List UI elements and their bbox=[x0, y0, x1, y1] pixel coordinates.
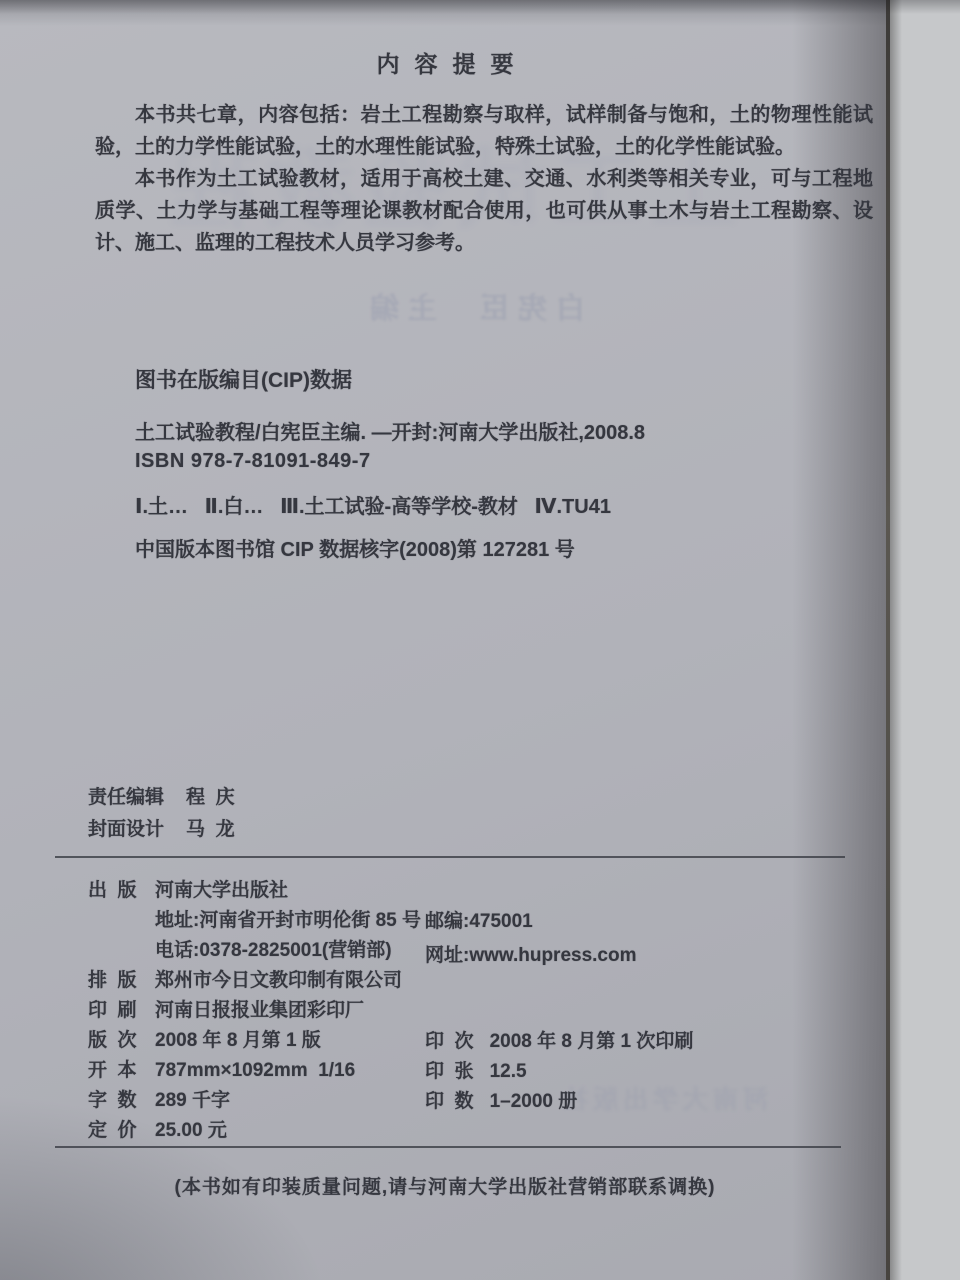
credit-label: 封面设计 bbox=[88, 819, 164, 840]
colophon-row-impression: 印 次2008 年 8 月第 1 次印刷 bbox=[425, 1026, 693, 1053]
divider-bottom bbox=[55, 1146, 841, 1148]
colophon-label: 出 版 bbox=[88, 876, 155, 906]
isbn-line: ISBN 978-7-81091-849-7 bbox=[135, 450, 371, 473]
colophon-value: 25.00 元 bbox=[155, 1120, 227, 1141]
colophon-value: 河南日报报业集团彩印厂 bbox=[155, 1000, 364, 1021]
copyright-page: 土工试验教程 白宪臣 主编 河南大学出版社 内容提要 本书共七章，内容包括：岩土… bbox=[0, 0, 890, 1280]
page-edge bbox=[890, 0, 960, 1280]
bleed-through-press: 河南大学出版社 bbox=[548, 1080, 768, 1116]
colophon-label: 印 张 bbox=[425, 1061, 474, 1082]
colophon-label: 排 版 bbox=[88, 966, 155, 996]
bleed-through-author: 白宪臣 主编 bbox=[325, 286, 585, 327]
content-summary-title: 内容提要 bbox=[0, 46, 890, 79]
colophon-row-printer: 印 刷河南日报报业集团彩印厂 bbox=[88, 996, 421, 1026]
colophon-left-column: 出 版河南大学出版社 地址:河南省开封市明伦街 85 号 电话:0378-282… bbox=[88, 876, 421, 1146]
colophon-row-wordcount: 字 数289 千字 bbox=[88, 1086, 421, 1116]
summary-paragraph-1: 本书共七章，内容包括：岩土工程勘察与取样，试样制备与饱和，土的物理性能试验，土的… bbox=[95, 99, 873, 163]
colophon-row-format: 开 本787mm×1092mm 1/16 bbox=[88, 1056, 421, 1086]
colophon-value: www.hupress.com bbox=[469, 945, 636, 966]
colophon-value: 地址:河南省开封市明伦街 85 号 bbox=[155, 910, 421, 931]
colophon-label: 邮编: bbox=[425, 911, 469, 932]
colophon-row-typesetting: 排 版郑州市今日文教印制有限公司 bbox=[88, 966, 421, 996]
colophon-row-postcode: 邮编:475001 bbox=[425, 906, 533, 933]
credit-name: 马 龙 bbox=[186, 819, 235, 840]
credit-row-editor: 责任编辑程 庆 bbox=[88, 782, 235, 814]
colophon-row-website: 网址:www.hupress.com bbox=[425, 940, 637, 967]
cip-header: 图书在版编目(CIP)数据 bbox=[135, 364, 352, 394]
colophon-row-printrun: 印 数1–2000 册 bbox=[425, 1086, 577, 1113]
colophon-value: 电话:0378-2825001(营销部) bbox=[155, 940, 392, 961]
colophon-label: 印 次 bbox=[425, 1031, 474, 1052]
colophon-label: 版 次 bbox=[88, 1026, 155, 1056]
colophon-value: 郑州市今日文教印制有限公司 bbox=[155, 970, 402, 991]
colophon-row-price: 定 价25.00 元 bbox=[88, 1116, 421, 1146]
colophon-label: 定 价 bbox=[88, 1116, 155, 1146]
colophon-value: 12.5 bbox=[490, 1061, 527, 1082]
colophon-value: 2008 年 8 月第 1 次印刷 bbox=[490, 1031, 694, 1052]
colophon-label: 字 数 bbox=[88, 1086, 155, 1116]
colophon-label: 印 刷 bbox=[88, 996, 155, 1026]
cip-classification-line: Ⅰ.土… Ⅱ.白… Ⅲ.土工试验-高等学校-教材 Ⅳ.TU41 bbox=[135, 490, 611, 519]
content-summary-body: 本书共七章，内容包括：岩土工程勘察与取样，试样制备与饱和，土的物理性能试验，土的… bbox=[95, 99, 873, 259]
book-photo: 土工试验教程 白宪臣 主编 河南大学出版社 内容提要 本书共七章，内容包括：岩土… bbox=[0, 0, 960, 1280]
summary-paragraph-2: 本书作为土工试验教材，适用于高校土建、交通、水利类等相关专业，可与工程地质学、土… bbox=[95, 163, 873, 259]
cip-book-line: 土工试验教程/白宪臣主编. —开封:河南大学出版社,2008.8 bbox=[135, 416, 645, 445]
cip-record-line: 中国版本图书馆 CIP 数据核字(2008)第 127281 号 bbox=[135, 533, 575, 562]
colophon-value: 河南大学出版社 bbox=[155, 880, 288, 901]
colophon-row-phone: 电话:0378-2825001(营销部) bbox=[88, 936, 421, 966]
credit-row-cover: 封面设计马 龙 bbox=[88, 814, 235, 846]
colophon-value: 289 千字 bbox=[155, 1090, 230, 1111]
quality-exchange-note: (本书如有印装质量问题,请与河南大学出版社营销部联系调换) bbox=[0, 1172, 890, 1199]
credits-block: 责任编辑程 庆 封面设计马 龙 bbox=[88, 782, 235, 846]
colophon-row-sheets: 印 张12.5 bbox=[425, 1056, 527, 1083]
credit-name: 程 庆 bbox=[186, 787, 235, 808]
colophon-value: 787mm×1092mm 1/16 bbox=[155, 1060, 355, 1081]
colophon-row-address: 地址:河南省开封市明伦街 85 号 bbox=[88, 906, 421, 936]
colophon-value: 1–2000 册 bbox=[490, 1091, 578, 1112]
colophon-row-edition: 版 次2008 年 8 月第 1 版 bbox=[88, 1026, 421, 1056]
colophon-value: 475001 bbox=[469, 911, 532, 932]
colophon-label: 网址: bbox=[425, 945, 469, 966]
colophon-row-publisher: 出 版河南大学出版社 bbox=[88, 876, 421, 906]
page-crease bbox=[886, 0, 890, 1280]
credit-label: 责任编辑 bbox=[88, 787, 164, 808]
colophon-label: 开 本 bbox=[88, 1056, 155, 1086]
divider-top bbox=[55, 856, 845, 858]
colophon-label: 印 数 bbox=[425, 1091, 474, 1112]
colophon-value: 2008 年 8 月第 1 版 bbox=[155, 1030, 321, 1051]
